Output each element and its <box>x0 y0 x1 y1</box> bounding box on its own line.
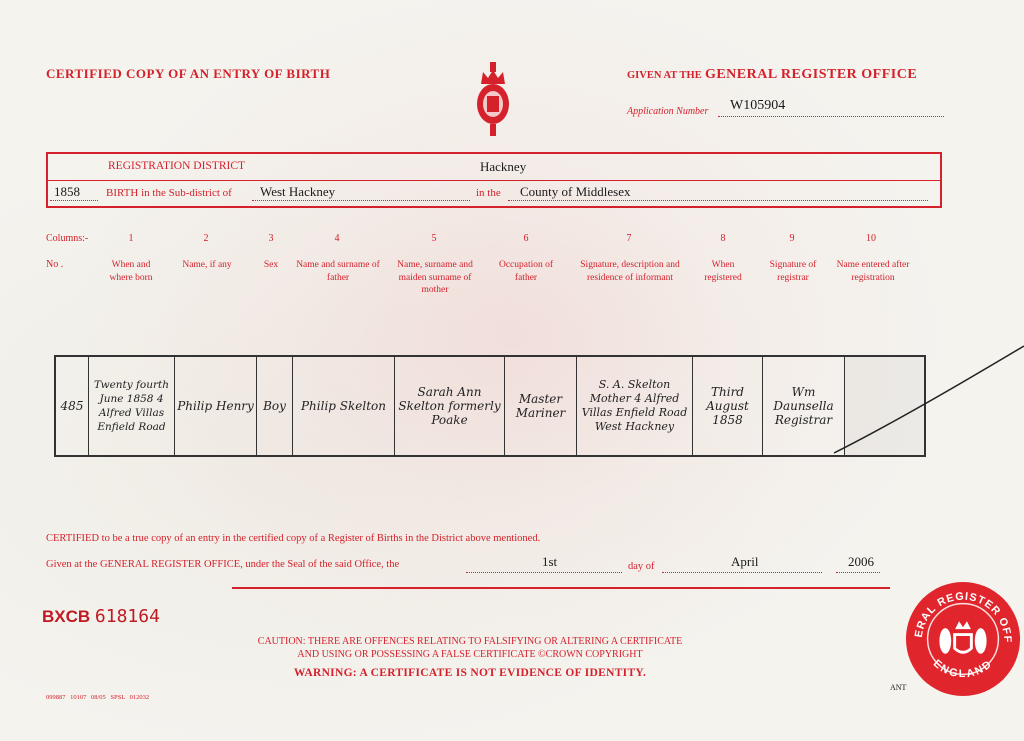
serial-digits: 618164 <box>95 606 160 627</box>
column-number-10: 10 <box>851 233 891 244</box>
signature-rule <box>232 587 890 589</box>
certification-year: 2006 <box>848 554 874 570</box>
county-value: County of Middlesex <box>520 184 631 200</box>
caution-line-2: AND USING OR POSSESSING A FALSE CERTIFIC… <box>230 649 710 662</box>
print-codes: 099887 10107 08/05 SPSL 012032 <box>46 694 149 701</box>
county-dotted-line <box>508 200 928 201</box>
serial-number: BXCB 618164 <box>42 606 160 627</box>
year-dotted-line-cert <box>836 572 880 573</box>
day-of-label: day of <box>628 561 655 572</box>
entry-informant: S. A. Skelton Mother 4 Alfred Villas Enf… <box>576 357 692 455</box>
entry-number: 485 <box>54 357 88 455</box>
column-header-sex: Sex <box>254 259 288 272</box>
entry-sex: Boy <box>256 357 292 455</box>
subdistrict-dotted-line <box>252 200 470 201</box>
given-at-statement: Given at the GENERAL REGISTER OFFICE, un… <box>46 559 399 570</box>
column-header-name-after: Name entered after registration <box>832 259 914 284</box>
subdistrict-value: West Hackney <box>260 184 335 200</box>
royal-crest-icon <box>475 62 511 138</box>
column-header-when-where-born: When and where born <box>101 259 161 284</box>
registration-district-value: Hackney <box>480 159 526 175</box>
in-the-label: in the <box>476 187 501 199</box>
given-at-label: GIVEN AT THE <box>627 70 702 81</box>
certified-statement: CERTIFIED to be a true copy of an entry … <box>46 533 540 544</box>
month-dotted-line <box>662 572 822 573</box>
caution-notice: CAUTION: THERE ARE OFFENCES RELATING TO … <box>230 636 710 661</box>
entry-name: Philip Henry <box>174 357 256 455</box>
entry-row: 485 Twenty fourth June 1858 4 Alfred Vil… <box>54 355 926 457</box>
warning-notice: WARNING: A CERTIFICATE IS NOT EVIDENCE O… <box>230 667 710 679</box>
entry-occupation: Master Mariner <box>504 357 576 455</box>
column-number-4: 4 <box>317 233 357 244</box>
caution-line-1: CAUTION: THERE ARE OFFENCES RELATING TO … <box>230 636 710 649</box>
year-dotted-line <box>50 200 98 201</box>
column-number-9: 9 <box>772 233 812 244</box>
gro-seal-icon: GENERAL REGISTER OFFICE × ENGLAND × <box>904 580 1022 698</box>
column-header-name: Name, if any <box>172 259 242 272</box>
column-header-informant: Signature, description and residence of … <box>568 259 692 284</box>
entry-name-after-registration <box>844 357 926 455</box>
column-number-8: 8 <box>703 233 743 244</box>
column-header-when-registered: When registered <box>696 259 750 284</box>
columns-label: Columns:- <box>46 233 88 244</box>
entry-mother: Sarah Ann Skelton formerly Poake <box>394 357 504 455</box>
registration-year: 1858 <box>54 184 80 200</box>
given-at-heading: GIVEN AT THE GENERAL REGISTER OFFICE <box>627 66 917 83</box>
registration-district-box: REGISTRATION DISTRICT Hackney 1858 BIRTH… <box>46 152 942 208</box>
column-number-3: 3 <box>251 233 291 244</box>
certification-month: April <box>731 554 758 570</box>
entry-when-where-born: Twenty fourth June 1858 4 Alfred Villas … <box>88 357 174 455</box>
entry-when-registered: Third August 1858 <box>692 357 762 455</box>
no-label: No . <box>46 259 63 270</box>
column-number-2: 2 <box>186 233 226 244</box>
day-dotted-line <box>466 572 622 573</box>
registration-district-label: REGISTRATION DISTRICT <box>108 160 245 172</box>
certification-day: 1st <box>542 554 557 570</box>
registration-divider <box>48 180 940 181</box>
entry-registrar: Wm Daunsella Registrar <box>762 357 844 455</box>
column-number-1: 1 <box>111 233 151 244</box>
entry-father: Philip Skelton <box>292 357 394 455</box>
birth-in-subdistrict-label: BIRTH in the Sub-district of <box>106 187 232 199</box>
column-header-occupation: Occupation of father <box>494 259 558 284</box>
column-number-6: 6 <box>506 233 546 244</box>
column-number-5: 5 <box>414 233 454 244</box>
column-number-7: 7 <box>609 233 649 244</box>
application-number-dotted-line <box>718 116 944 117</box>
column-header-father: Name and surname of father <box>293 259 383 284</box>
document-title: CERTIFIED COPY OF AN ENTRY OF BIRTH <box>46 66 330 82</box>
application-number-value: W105904 <box>730 98 785 114</box>
column-header-registrar: Signature of registrar <box>760 259 826 284</box>
application-number-label: Application Number <box>627 106 708 117</box>
general-register-office-label: GENERAL REGISTER OFFICE <box>705 67 917 82</box>
column-header-mother: Name, surname and maiden surname of moth… <box>388 259 482 297</box>
serial-prefix: BXCB <box>42 607 90 626</box>
